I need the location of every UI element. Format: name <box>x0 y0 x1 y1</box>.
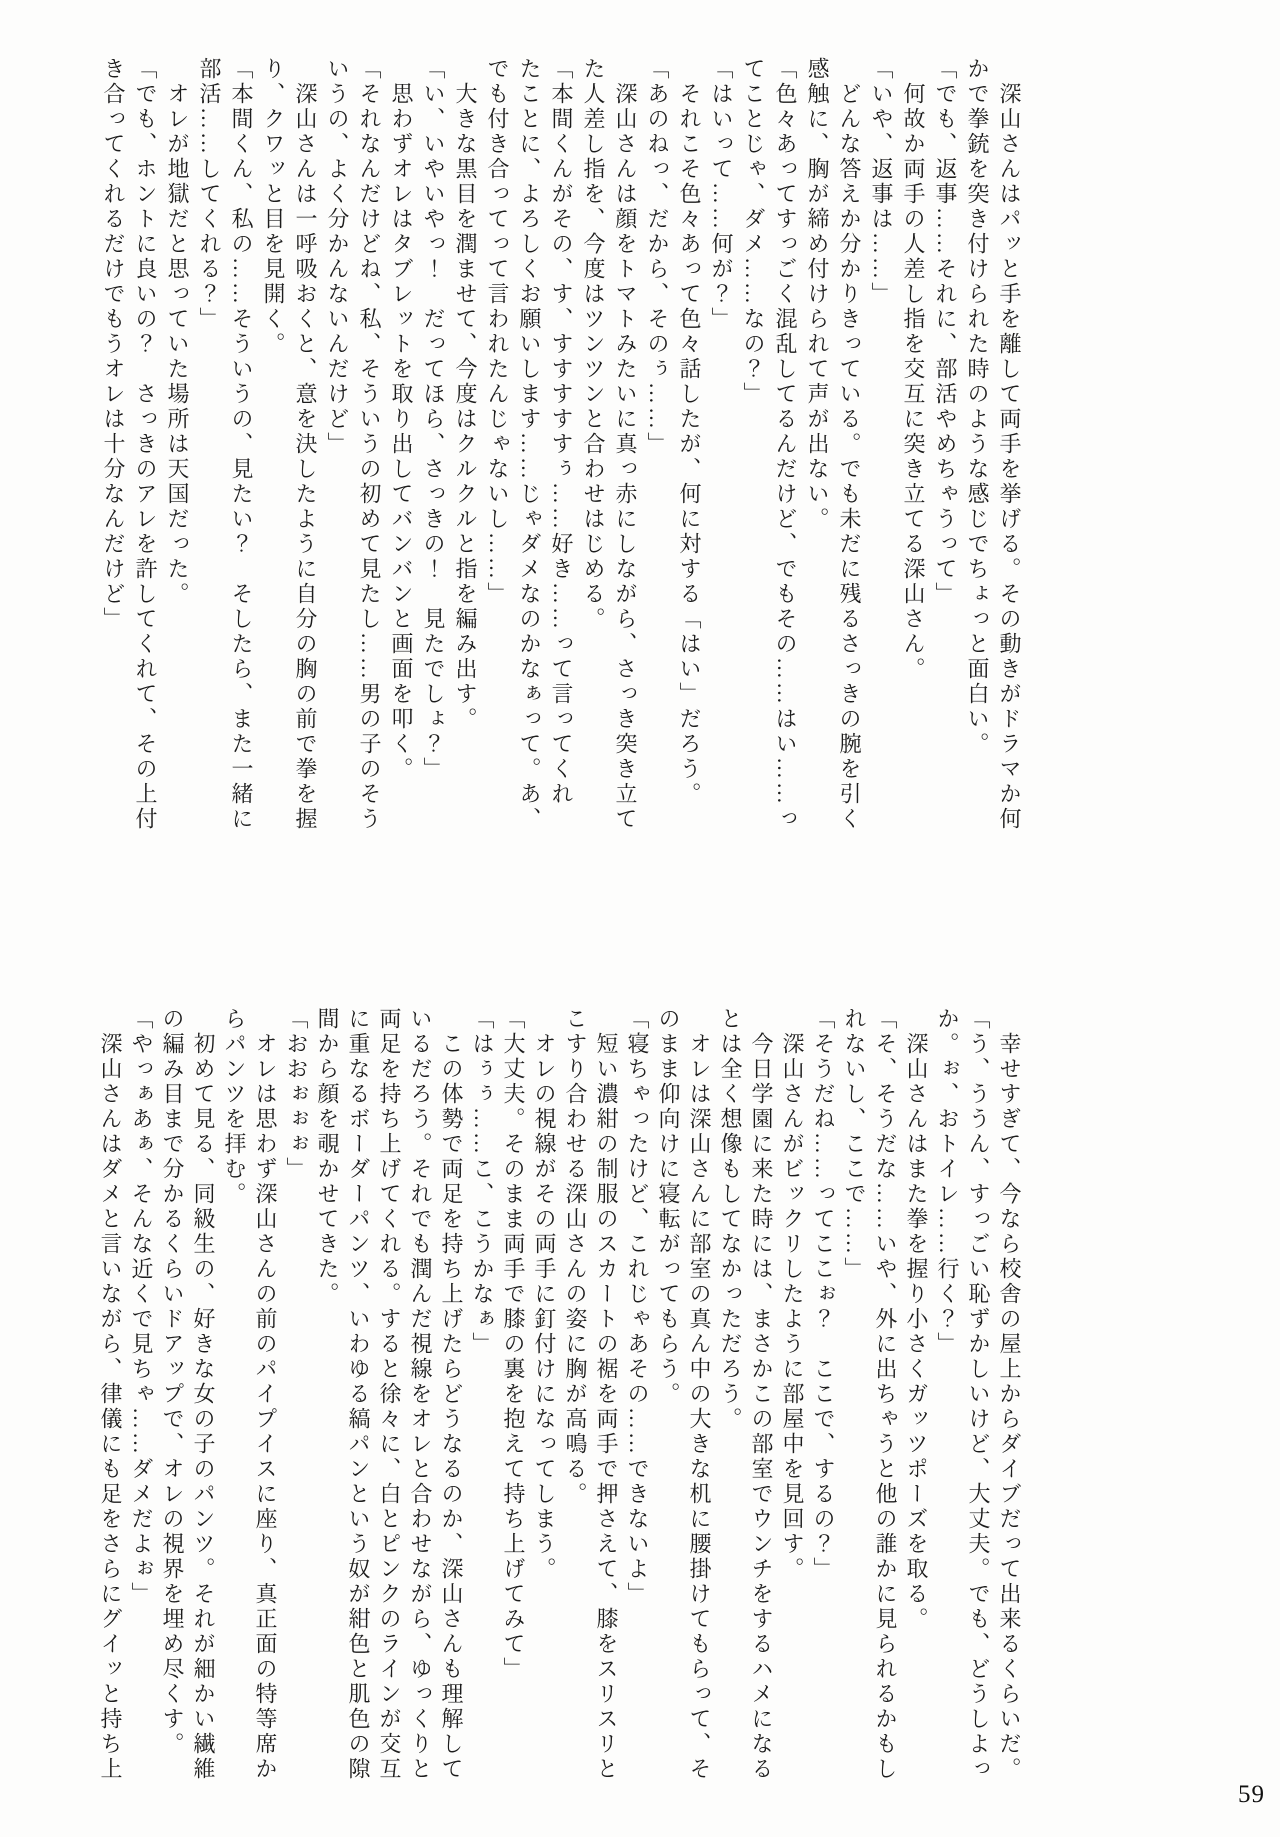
text-line: 「はぅぅ……こ、こうかなぁ」 <box>467 1007 498 1799</box>
text-line: オレは深山さんに部室の真ん中の大きな机に腰掛けてもらって、そ <box>684 1007 715 1799</box>
text-line: オレは思わず深山さんの前のパイプイスに座り、真正面の特等席か <box>250 1007 281 1799</box>
text-line: 幸せすぎて、今なら校舎の屋上からダイブだって出来るくらいだ。 <box>994 1007 1025 1799</box>
text-line: 深山さんはパッと手を離して両手を挙げる。その動きがドラマか何 <box>993 57 1025 863</box>
text-line: いうの、よく分かんないんだけど」 <box>321 57 353 863</box>
text-line: 短い濃紺の制服のスカートの裾を両手で押さえて、膝をスリスリと <box>591 1007 622 1799</box>
text-line: 深山さんはまた拳を握り小さくガッツポーズを取る。 <box>901 1007 932 1799</box>
document-page: 深山さんはパッと手を離して両手を挙げる。その動きがドラマか何かで拳銃を突き付けら… <box>0 0 1280 1837</box>
text-line: 「でも、ホントに良いの？ さっきのアレを許してくれて、その上付 <box>129 57 161 863</box>
text-line: 「そうだね……ってここぉ？ ここで、するの？」 <box>808 1007 839 1799</box>
text-line: 何故か両手の人差し指を交互に突き立てる深山さん。 <box>897 57 929 863</box>
text-line: 「寝ちゃったけど、これじゃあその……できないよ」 <box>622 1007 653 1799</box>
text-line: 間から顔を覗かせてきた。 <box>312 1007 343 1799</box>
text-line: 「い、いやいやっ！ だってほら、さっきの！ 見たでしょ？」 <box>417 57 449 863</box>
text-line: かで拳銃を突き付けられた時のような感じでちょっと面白い。 <box>961 57 993 863</box>
text-line: オレが地獄だと思っていた場所は天国だった。 <box>161 57 193 863</box>
text-block-bottom: 幸せすぎて、今なら校舎の屋上からダイブだって出来るくらいだ。「う、ううん、すっご… <box>95 1007 1025 1799</box>
text-line: 「いや、返事は……」 <box>865 57 897 863</box>
text-line: 「それなんだけどね、私、そういうの初めて見たし……男の子のそう <box>353 57 385 863</box>
text-line: たことに、よろしくお願いします……じゃダメなのかなぁって。あ、 <box>513 57 545 863</box>
text-line: に重なるボーダーパンツ、いわゆる縞パンという奴が紺色と肌色の隙 <box>343 1007 374 1799</box>
text-line: 初めて見る、同級生の、好きな女の子のパンツ。それが細かい繊維 <box>188 1007 219 1799</box>
text-line: でも付き合ってって言われたんじゃないし……」 <box>481 57 513 863</box>
text-line: こすり合わせる深山さんの姿に胸が高鳴る。 <box>560 1007 591 1799</box>
text-line: 「う、ううん、すっごい恥ずかしいけど、大丈夫。でも、どうしよっ <box>963 1007 994 1799</box>
text-line: 「あのねっ、だから、そのぅ……」 <box>641 57 673 863</box>
text-line: それこそ色々あって色々話したが、何に対する「はい」だろう。 <box>673 57 705 863</box>
text-line: 深山さんは顔をトマトみたいに真っ赤にしながら、さっき突き立て <box>609 57 641 863</box>
text-line: き合ってくれるだけでもうオレは十分なんだけど」 <box>97 57 129 863</box>
text-line: た人差し指を、今度はツンツンと合わせはじめる。 <box>577 57 609 863</box>
text-line: この体勢で両足を持ち上げたらどうなるのか、深山さんも理解して <box>436 1007 467 1799</box>
text-line: の編み目まで分かるくらいドアップで、オレの視界を埋め尽くす。 <box>157 1007 188 1799</box>
text-line: 深山さんは一呼吸おくと、意を決したように自分の胸の前で拳を握 <box>289 57 321 863</box>
text-line: 部活……してくれる？」 <box>193 57 225 863</box>
text-line: 両足を持ち上げてくれる。すると徐々に、白とピンクのラインが交互 <box>374 1007 405 1799</box>
text-line: 思わずオレはタブレットを取り出してバンバンと画面を叩く。 <box>385 57 417 863</box>
text-line: 今日学園に来た時には、まさかこの部室でウンチをするハメになる <box>746 1007 777 1799</box>
text-line: 「大丈夫。そのまま両手で膝の裏を抱えて持ち上げてみて」 <box>498 1007 529 1799</box>
text-block-top: 深山さんはパッと手を離して両手を挙げる。その動きがドラマか何かで拳銃を突き付けら… <box>97 57 1025 863</box>
text-line: 「色々あってすっごく混乱してるんだけど、でもその……はい……っ <box>769 57 801 863</box>
text-line: 大きな黒目を潤ませて、今度はクルクルと指を編み出す。 <box>449 57 481 863</box>
text-line: 深山さんはダメと言いながら、律儀にも足をさらにグイッと持ち上 <box>95 1007 126 1799</box>
text-line: か。ぉ、おトイレ……行く？」 <box>932 1007 963 1799</box>
text-line: オレの視線がその両手に釘付けになってしまう。 <box>529 1007 560 1799</box>
text-line: 「でも、返事……それに、部活やめちゃうって」 <box>929 57 961 863</box>
text-line: 感触に、胸が締め付けられて声が出ない。 <box>801 57 833 863</box>
text-line: 「やっぁあぁ、そんな近くで見ちゃ……ダメだよぉ」 <box>126 1007 157 1799</box>
text-line: り、クワッと目を見開く。 <box>257 57 289 863</box>
text-line: いるだろう。それでも潤んだ視線をオレと合わせながら、ゆっくりと <box>405 1007 436 1799</box>
text-line: 「本間くん、私の……そういうの、見たい？ そしたら、また一緒に <box>225 57 257 863</box>
text-line: とは全く想像もしてなかっただろう。 <box>715 1007 746 1799</box>
text-line: 「本間くんがその、す、すすすすすぅ……好き……って言ってくれ <box>545 57 577 863</box>
text-line: どんな答えか分かりきっている。でも未だに残るさっきの腕を引く <box>833 57 865 863</box>
text-line: 「はいって……何が？」 <box>705 57 737 863</box>
text-line: 「おおぉぉぉ」 <box>281 1007 312 1799</box>
text-line: のまま仰向けに寝転がってもらう。 <box>653 1007 684 1799</box>
text-line: れないし、ここで……」 <box>839 1007 870 1799</box>
text-line: 「そ、そうだな……いや、外に出ちゃうと他の誰かに見られるかもし <box>870 1007 901 1799</box>
text-line: てことじゃ、ダメ……なの？」 <box>737 57 769 863</box>
text-line: 深山さんがビックリしたように部屋中を見回す。 <box>777 1007 808 1799</box>
page-number: 59 <box>1238 1781 1265 1809</box>
text-line: らパンツを拝む。 <box>219 1007 250 1799</box>
